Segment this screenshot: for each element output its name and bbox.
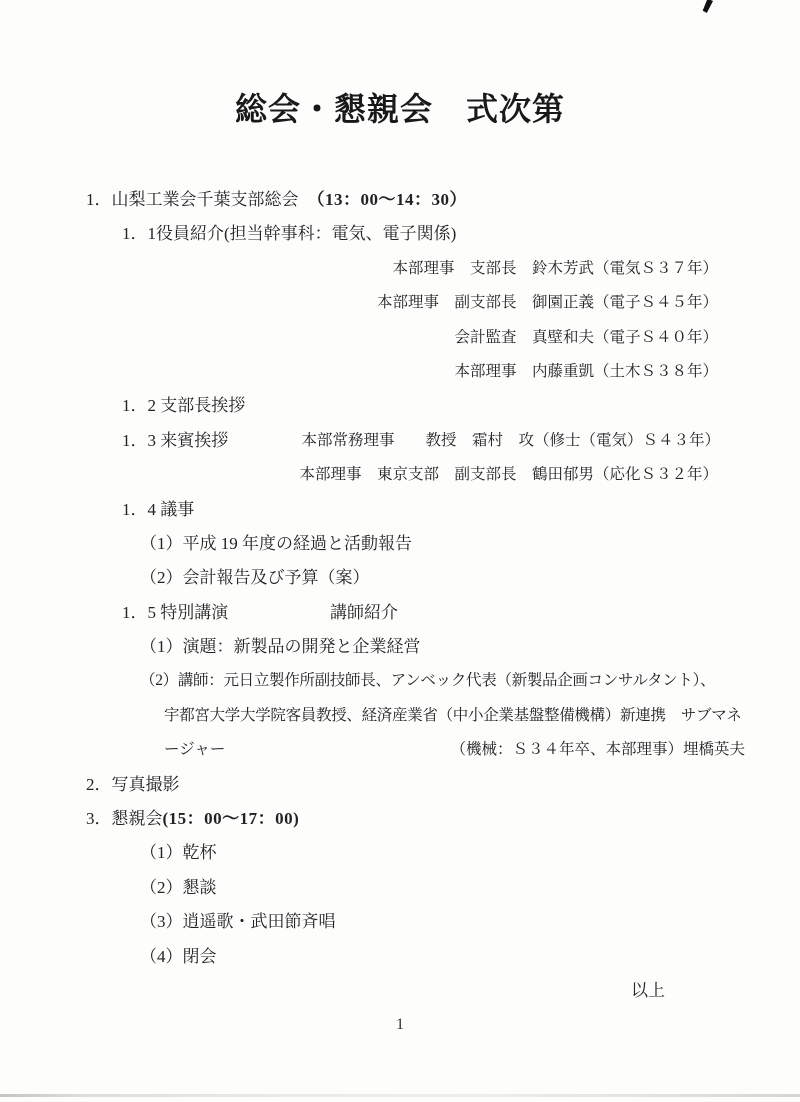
officer-line: 会計監査 真壁和夫（電子Ｓ４０年）	[0, 321, 800, 355]
party-item-line: （1）乾杯	[0, 836, 800, 870]
agenda-item-1: （1）平成 19 年度の経過と活動報告	[140, 527, 412, 561]
subsection-1-3-line: 1．3 来賓挨拶 本部常務理事 教授 霜村 攻（修士（電気）Ｓ４３年）	[0, 424, 800, 458]
section1-heading-line: 1．山梨工業会千葉支部総会（13：00～14：30）	[0, 183, 800, 217]
guest-line: 本部理事 東京支部 副支部長 鶴田郁男（応化Ｓ３２年）	[0, 458, 800, 492]
subsection-1-5-line: 1．5 特別講演 講師紹介	[0, 596, 800, 630]
section3-heading-line: 3．懇親会(15：00～17：00)	[0, 802, 800, 836]
party-item-1: （1）乾杯	[140, 836, 217, 870]
officer-line: 本部理事 副支部長 御園正義（電子Ｓ４５年）	[0, 286, 800, 320]
page-number-line: 1	[0, 1008, 800, 1042]
closing-mark: 以上	[631, 974, 665, 1008]
party-item-3: （3）逍遥歌・武田節斉唱	[140, 905, 336, 939]
officer-4: 本部理事 内藤重凱（土木Ｓ３８年）	[454, 355, 718, 389]
party-item-line: （2）懇談	[0, 871, 800, 905]
section1-heading: 1．山梨工業会千葉支部総会	[86, 190, 299, 209]
agenda-item-2: （2）会計報告及び予算（案）	[140, 561, 370, 595]
lecturer-name-line: ージャー （機械：Ｓ３４年卒、本部理事）埋橋英夫	[0, 733, 800, 767]
document-page: 総会・懇親会 式次第 1．山梨工業会千葉支部総会（13：00～14：30） 1．…	[0, 0, 800, 1102]
officer-2: 本部理事 副支部長 御園正義（電子Ｓ４５年）	[377, 286, 718, 320]
section1-time: （13：00～14：30）	[308, 190, 468, 209]
subsection-1-4-line: 1．4 議事	[0, 493, 800, 527]
lecturer-affiliation-continued: ージャー	[164, 733, 225, 767]
agenda-item-line: （2）会計報告及び予算（案）	[0, 561, 800, 595]
section2-heading: 2．写真撮影	[86, 768, 180, 802]
party-item-line: （3）逍遥歌・武田節斉唱	[0, 905, 800, 939]
guest-1: 本部常務理事 教授 霜村 攻（修士（電気）Ｓ４３年）	[301, 424, 720, 458]
lecture-topic-line: （1）演題：新製品の開発と企業経営	[0, 630, 800, 664]
officer-line: 本部理事 内藤重凱（土木Ｓ３８年）	[0, 355, 800, 389]
party-item-line: （4）閉会	[0, 940, 800, 974]
guest-2: 本部理事 東京支部 副支部長 鶴田郁男（応化Ｓ３２年）	[299, 458, 718, 492]
closing-line: 以上	[0, 974, 800, 1008]
lecturer-intro-label: 講師紹介	[330, 596, 398, 630]
lecturer-item: （2）講師：元日立製作所副技師長、アンベック代表（新製品企画コンサルタント）、	[140, 664, 715, 698]
paper-bottom-edge	[0, 1094, 800, 1097]
subsection-1-3-heading: 1．3 来賓挨拶	[122, 424, 228, 458]
lecturer-affiliation: 宇都宮大学大学院客員教授、経済産業省（中小企業基盤整備機構）新連携 サブマネ	[164, 699, 742, 733]
subsection-1-2-heading: 1．2 支部長挨拶	[122, 389, 245, 423]
lecture-topic: （1）演題：新製品の開発と企業経営	[140, 630, 421, 664]
officer-line: 本部理事 支部長 鈴木芳武（電気Ｓ３７年）	[0, 252, 800, 286]
pen-mark-artifact	[701, 0, 713, 13]
page-number: 1	[0, 1008, 800, 1042]
document-title: 総会・懇親会 式次第	[0, 84, 800, 130]
lecturer-name: （機械：Ｓ３４年卒、本部理事）埋橋英夫	[450, 733, 745, 767]
officer-1: 本部理事 支部長 鈴木芳武（電気Ｓ３７年）	[392, 252, 718, 286]
section3-heading: 3．懇親会	[86, 809, 163, 828]
section2-heading-line: 2．写真撮影	[0, 768, 800, 802]
party-item-4: （4）閉会	[140, 940, 217, 974]
lecturer-item-line: （2）講師：元日立製作所副技師長、アンベック代表（新製品企画コンサルタント）、	[0, 664, 800, 698]
agenda-item-line: （1）平成 19 年度の経過と活動報告	[0, 527, 800, 561]
agenda-body: 1．山梨工業会千葉支部総会（13：00～14：30） 1．1役員紹介(担当幹事科…	[0, 183, 800, 1043]
officer-3: 会計監査 真壁和夫（電子Ｓ４０年）	[454, 321, 718, 355]
subsection-1-4-heading: 1．4 議事	[122, 493, 194, 527]
subsection-1-5-heading: 1．5 特別講演	[122, 596, 228, 630]
subsection-1-1-line: 1．1役員紹介(担当幹事科：電気、電子関係)	[0, 217, 800, 251]
section3-time: (15：00～17：00)	[163, 809, 300, 828]
party-item-2: （2）懇談	[140, 871, 217, 905]
subsection-1-1-heading: 1．1役員紹介(担当幹事科：電気、電子関係)	[122, 217, 456, 251]
lecturer-affiliation-line: 宇都宮大学大学院客員教授、経済産業省（中小企業基盤整備機構）新連携 サブマネ	[0, 699, 800, 733]
subsection-1-2-line: 1．2 支部長挨拶	[0, 389, 800, 423]
